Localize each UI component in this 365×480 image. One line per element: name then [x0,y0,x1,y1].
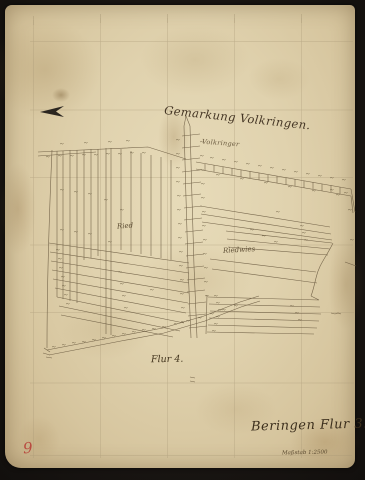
scanned-map-photo: Gemarkung Volkringen. Volkringer Ried Ri… [0,0,365,480]
parcel-number-marks [46,139,354,347]
parcel-lines [38,116,356,382]
pencil-grid [30,14,354,458]
north-arrow-icon [40,106,64,117]
map-drawing [0,0,365,480]
